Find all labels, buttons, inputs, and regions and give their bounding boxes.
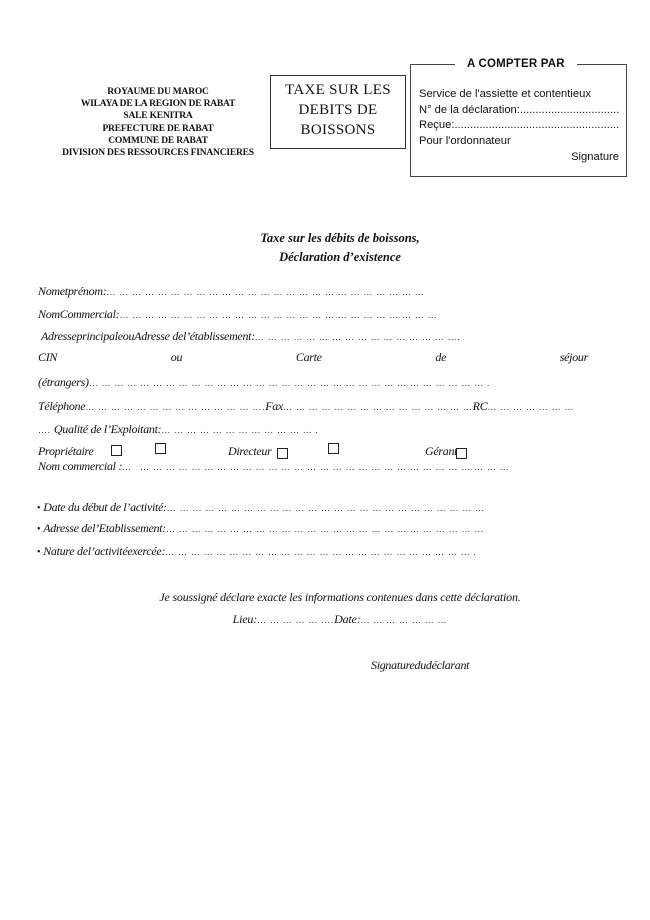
fill-dots: … … … … … … … … … … … … … … … … … … … … … [106, 287, 424, 297]
org-line: COMMUNE DE RABAT [52, 135, 264, 147]
rc-label: RC [473, 399, 488, 413]
field-nom-commercial-2[interactable]: Nom commercial :… … … … … … … … … … … … … [38, 459, 510, 474]
rc-dots: … … … … … … … [487, 402, 574, 412]
field-nom-prenom[interactable]: Nometprénom:… … … … … … … … … … … … … … … [38, 284, 425, 299]
lieu-dots: … … … … … …. [257, 615, 334, 625]
org-line: WILAYA DE LA REGION DE RABAT [52, 98, 264, 110]
fill-dots: … … … … … … … … … … … … … … … … … … … … … [165, 547, 476, 557]
field-qualite-exploitant[interactable]: …. Qualité de l’Exploitant:… … … … … … …… [38, 422, 319, 437]
field-label: NomCommercial: [38, 307, 119, 321]
checkbox-proprietaire[interactable] [111, 445, 122, 456]
lieu-date-line[interactable]: Lieu:… … … … … ….Date:… … … … … … … [0, 612, 650, 627]
field-telephone-fax-rc[interactable]: Téléphone… … … … … … … … … … … … … ….Fax… [38, 399, 574, 414]
field-label: (étrangers) [38, 375, 89, 389]
field-nom-commercial[interactable]: NomCommercial:… … … … … … … … … … … … … … [38, 307, 438, 322]
recue-line: Reçue:..................................… [419, 118, 626, 134]
declaration-statement: Je soussigné déclare exacte les informat… [0, 590, 650, 605]
bullet-icon: • [37, 547, 40, 558]
bullet-icon: • [37, 503, 40, 514]
field-cin-carte-sejour[interactable]: (étrangers)… … … … … … … … … … … … … … …… [38, 375, 490, 390]
fill-dots: … … … … … … … … … … … … … … … … … … … … … [119, 310, 437, 320]
field-adresse-etablissement[interactable]: •Adresse del’Etablissement:… … … … … … …… [37, 521, 484, 537]
checkbox-blank-2[interactable] [328, 443, 339, 454]
tax-title-box: TAXE SUR LES DEBITS DE BOISSONS [270, 75, 406, 149]
compter-par-box: A COMPTER PAR Service de l'assiette et c… [410, 64, 627, 177]
fill-dots: … … … … … … … … … … … … … … … … … … … … … [167, 503, 485, 513]
fax-dots: … … … … … … … … … … … … … … … [283, 402, 473, 412]
field-label: Date du début de l’activité: [43, 500, 167, 514]
checkbox-blank-1[interactable] [155, 443, 166, 454]
compter-par-title: A COMPTER PAR [455, 57, 577, 73]
date-dots: … … … … … … … [360, 615, 447, 625]
cin-word: séjour [560, 350, 588, 364]
cin-word: Carte [296, 350, 322, 364]
bullet-icon: • [37, 524, 40, 535]
field-date-debut-activite[interactable]: •Date du début de l’activité:… … … … … …… [37, 500, 485, 516]
cin-word: CIN [38, 350, 57, 364]
ordonnateur-signature: Signature [419, 150, 626, 166]
field-label: Adresse del’Etablissement: [43, 521, 166, 535]
section-title-line2: Déclaration d’existence [0, 248, 650, 267]
field-label: Nom commercial : [38, 459, 122, 473]
checkbox-directeur[interactable] [277, 448, 288, 459]
field-nature-activite[interactable]: •Nature del’activitéexercée:… … … … … … … [37, 544, 477, 560]
org-line: PREFECTURE DE RABAT [52, 123, 264, 135]
fill-dots: … … … … … … … … … … … … … … … … … … … … … [140, 462, 510, 472]
ordonnateur-line: Pour l'ordonnateur [419, 134, 626, 150]
cin-word: de [435, 350, 446, 364]
org-line: ROYAUME DU MAROC [52, 86, 264, 98]
title-line: DEBITS DE [271, 100, 405, 120]
declaration-number-line: N° de la déclaration:...................… [419, 103, 626, 119]
title-line: BOISSONS [271, 120, 405, 140]
section-title-line1: Taxe sur les débits de boissons, [0, 229, 650, 248]
field-adresse[interactable]: AdresseprincipaleouAdresse del’établisse… [41, 329, 461, 344]
title-line: TAXE SUR LES [271, 80, 405, 100]
org-line: SALE KENITRA [52, 110, 264, 122]
field-label: Nometprénom: [38, 284, 106, 298]
org-line: DIVISION DES RESSOURCES FINANCIERES [52, 147, 264, 159]
role-proprietaire-label: Propriétaire [38, 444, 94, 458]
fill-dots: … … … … … … … … … … … … … … … … … … … … … [166, 524, 484, 534]
field-label: Qualité de l’Exploitant: [54, 422, 161, 436]
role-directeur-label: Directeur [228, 444, 272, 458]
lieu-label: Lieu: [233, 612, 257, 626]
fill-dots: … … … … … … … … … … … … … … … … … … … … … [89, 378, 490, 388]
checkbox-gerant[interactable] [456, 448, 467, 459]
organization-header: ROYAUME DU MAROC WILAYA DE LA REGION DE … [52, 86, 264, 159]
fill-dots: … … … … … … … … … … … … . [161, 425, 318, 435]
telephone-dots: … … … … … … … … … … … … … …. [85, 402, 265, 412]
declarant-signature: Signaturedudéclarant [371, 658, 469, 672]
field-cin-row: CIN ou Carte de séjour [38, 350, 588, 364]
prefix-dots: … [122, 462, 132, 472]
field-label: Nature del’activitéexercée: [43, 544, 165, 558]
service-line: Service de l'assiette et contentieux [419, 87, 626, 103]
cin-word: ou [171, 350, 182, 364]
prefix-dots: …. [38, 425, 54, 435]
role-gerant-label: Gérant [425, 444, 457, 458]
fill-dots: … … … … … … … … … … … … … … … …. [255, 332, 461, 342]
section-title: Taxe sur les débits de boissons, Déclara… [0, 229, 650, 267]
date-label: Date: [334, 612, 360, 626]
fax-label: Fax [265, 399, 283, 413]
field-label: AdresseprincipaleouAdresse del’établisse… [41, 329, 255, 343]
telephone-label: Téléphone [38, 399, 85, 413]
